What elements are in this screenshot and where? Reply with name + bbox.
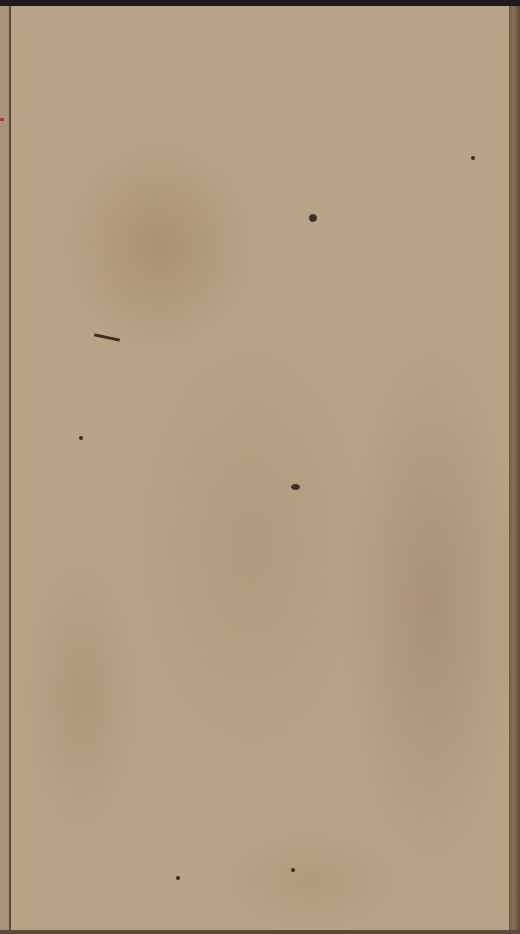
- adjacent-page-edge: [0, 6, 9, 934]
- ink-spot: [309, 214, 317, 222]
- water-stain: [341, 326, 520, 886]
- book-fore-edge: [509, 6, 520, 934]
- ink-spot: [471, 156, 475, 160]
- water-stain: [211, 826, 411, 934]
- ink-spot: [176, 876, 180, 880]
- book-page-scan: [0, 0, 520, 934]
- scan-bottom-border: [0, 930, 520, 934]
- paper-page: [11, 6, 509, 930]
- ink-spot: [79, 436, 83, 440]
- red-mark: [0, 118, 4, 121]
- water-stain: [21, 546, 141, 846]
- ink-spot: [291, 868, 295, 872]
- ink-spot: [291, 484, 300, 490]
